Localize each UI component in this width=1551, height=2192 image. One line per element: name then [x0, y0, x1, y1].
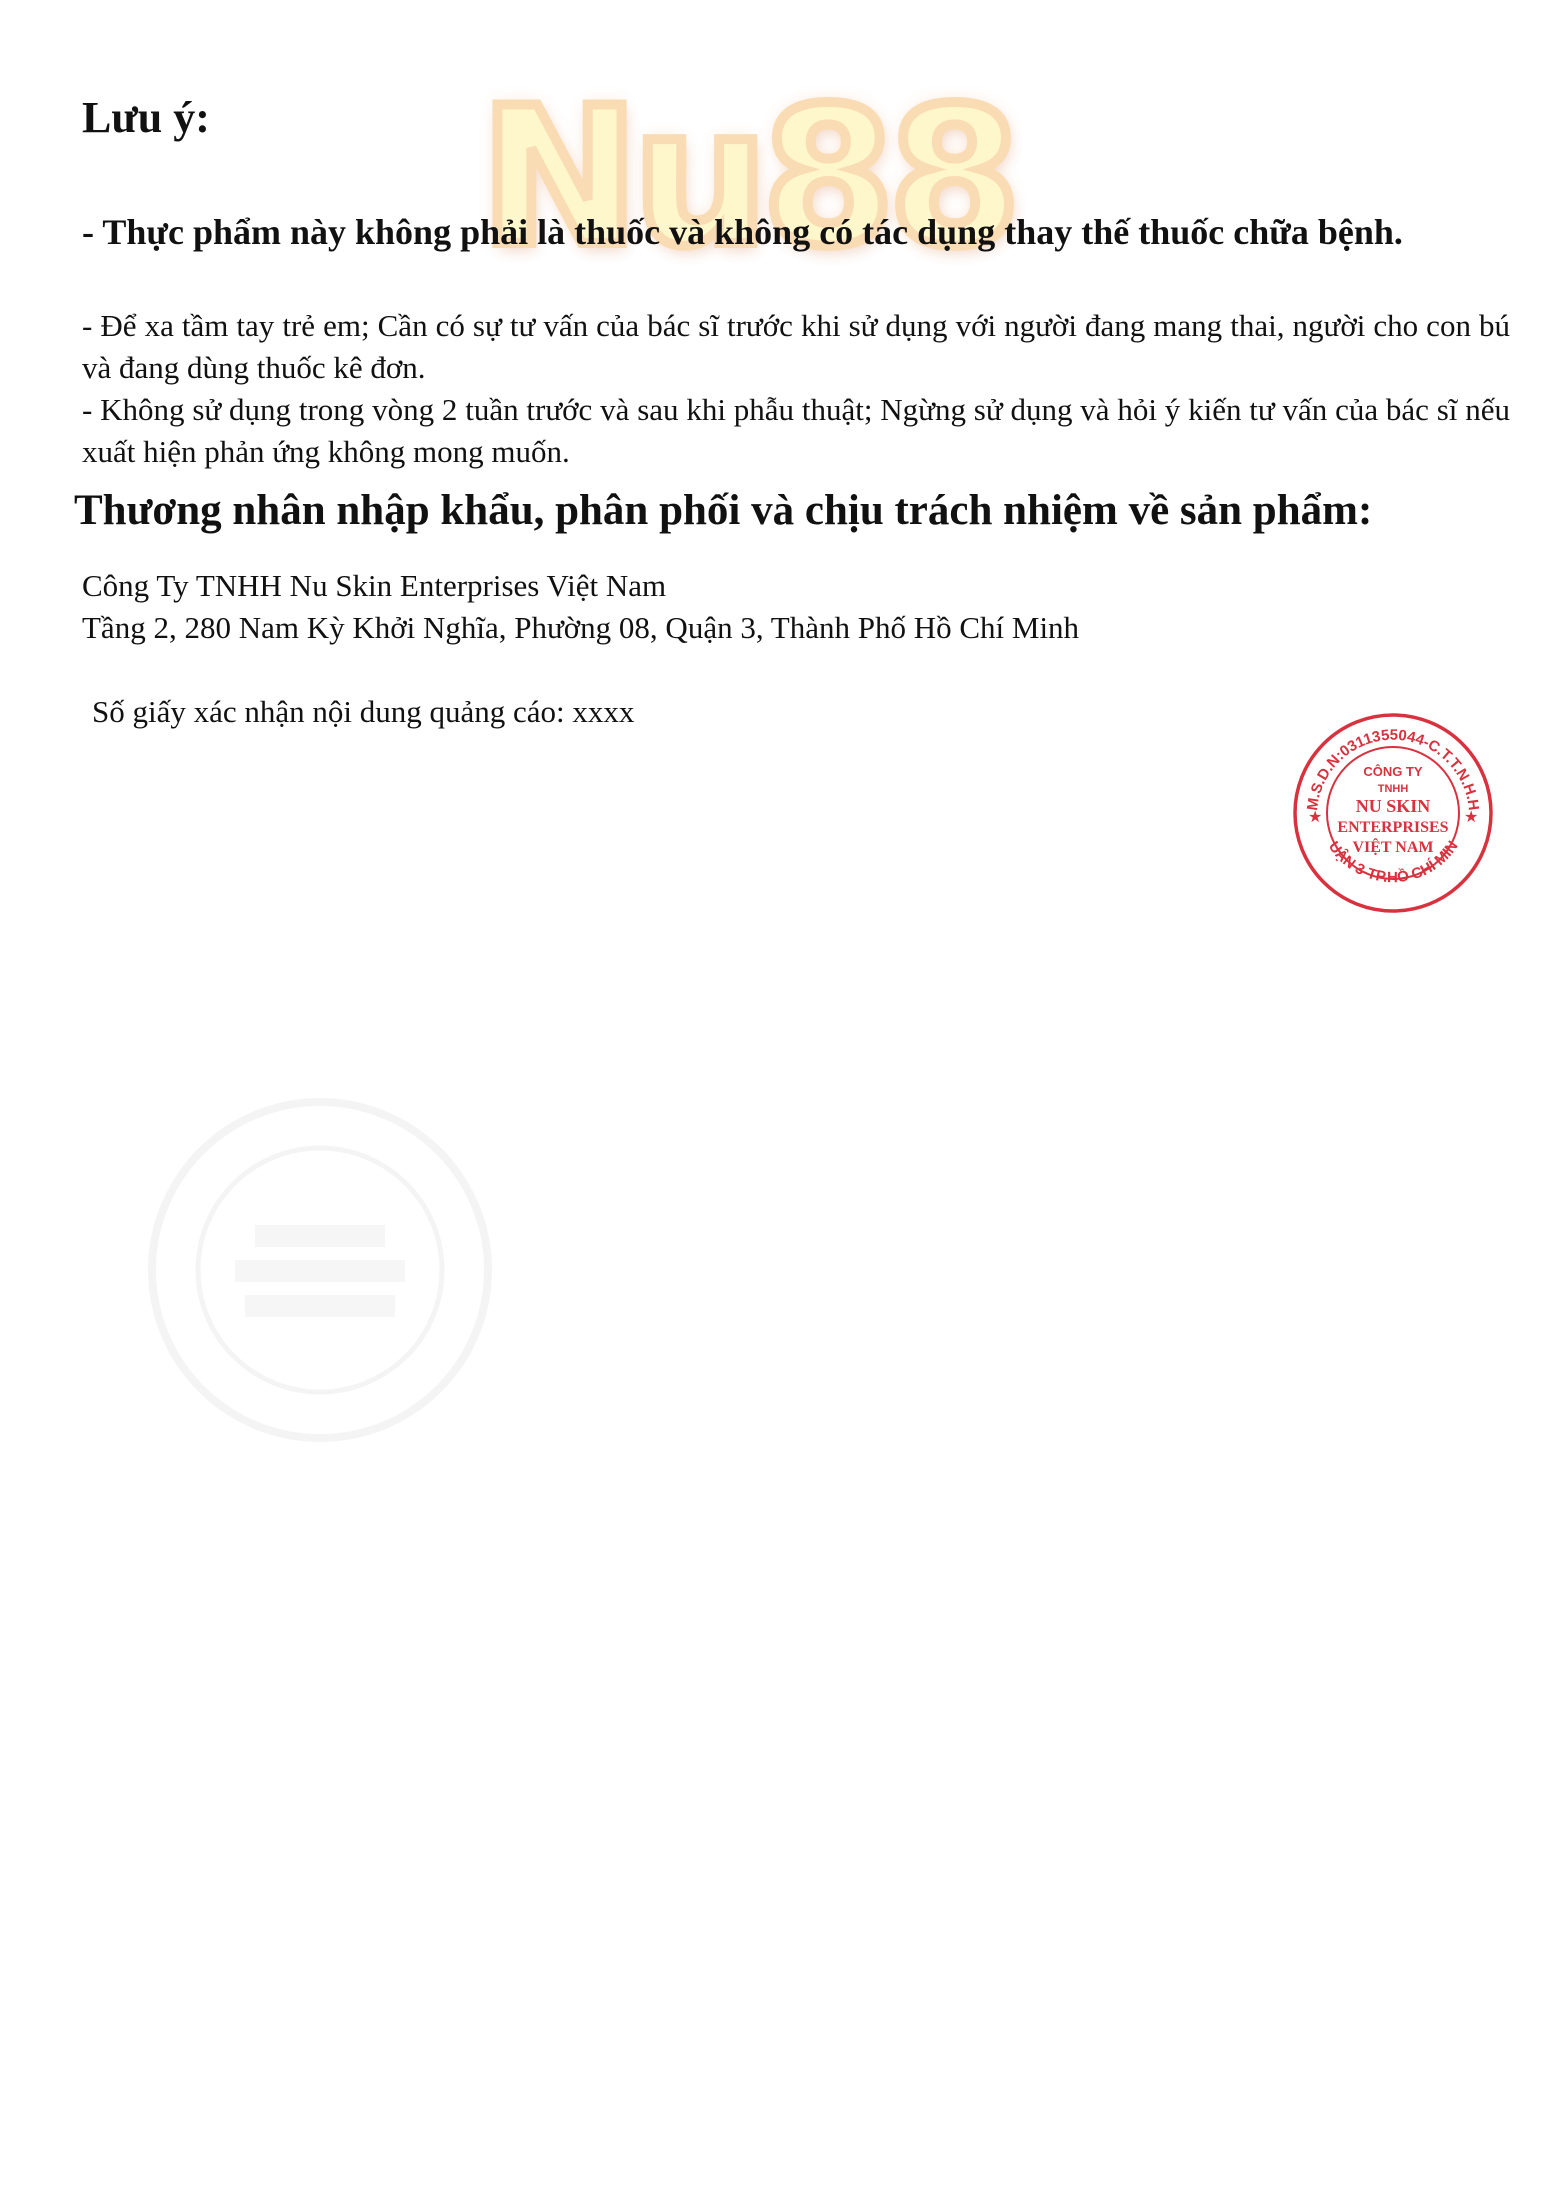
- seal-line: NU SKIN: [1356, 796, 1431, 816]
- warning-paragraph: - Để xa tầm tay trẻ em; Cần có sự tư vấn…: [82, 305, 1510, 389]
- notes-title: Lưu ý:: [82, 92, 210, 143]
- seal-line: ENTERPRISES: [1337, 819, 1448, 836]
- seal-line: CÔNG TY: [1363, 764, 1423, 779]
- seal-line: TNHH: [1378, 783, 1409, 795]
- seal-star-icon: ★: [1464, 809, 1478, 826]
- faded-seal-stamp: [145, 1095, 495, 1445]
- ad-license-number: Số giấy xác nhận nội dung quảng cáo: xxx…: [92, 694, 634, 730]
- warning-paragraph: - Không sử dụng trong vòng 2 tuần trước …: [82, 389, 1510, 473]
- company-address: Tầng 2, 280 Nam Kỳ Khởi Nghĩa, Phường 08…: [82, 610, 1079, 646]
- not-medicine-warning: - Thực phẩm này không phải là thuốc và k…: [82, 208, 1512, 256]
- company-seal-stamp: M.S.D.N:0311355044-C.T.T.N.H.H QUẬN 3-TP…: [1290, 710, 1496, 916]
- company-name: Công Ty TNHH Nu Skin Enterprises Việt Na…: [82, 568, 666, 604]
- seal-line: VIỆT NAM: [1352, 838, 1433, 856]
- seal-star-icon: ★: [1308, 809, 1322, 826]
- importer-heading: Thương nhân nhập khẩu, phân phối và chịu…: [74, 486, 1372, 535]
